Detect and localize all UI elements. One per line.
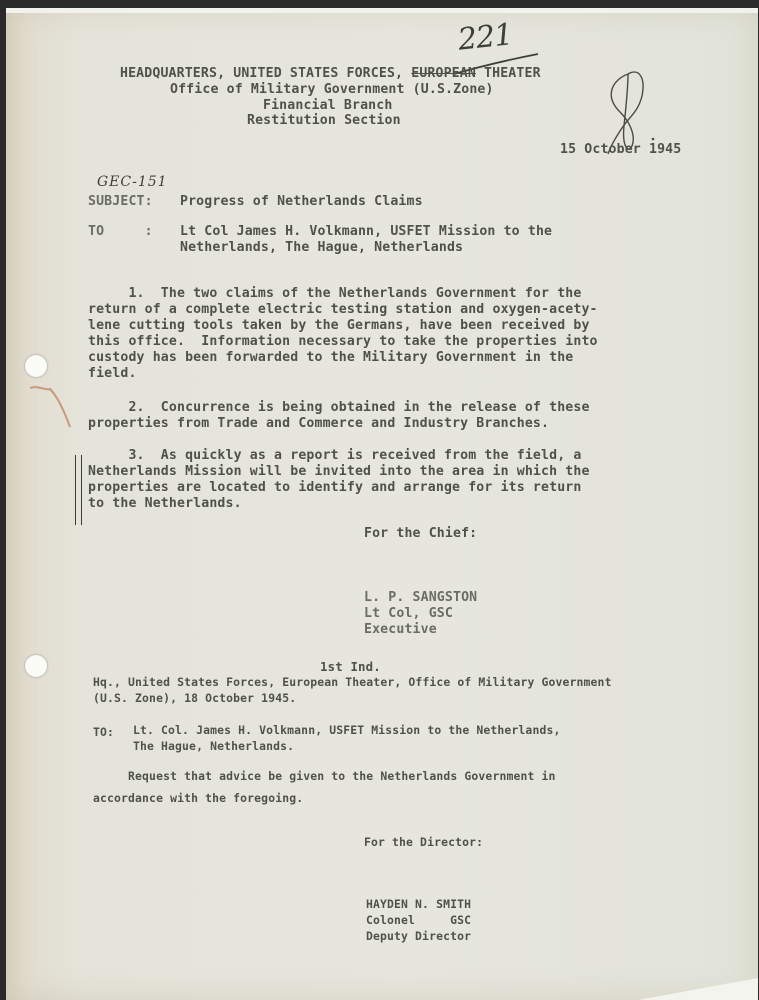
indorsement-body-line-2: accordance with the foregoing. xyxy=(93,790,303,807)
punch-hole-upper xyxy=(25,355,47,377)
indorsement-to-line-1: Lt. Col. James H. Volkmann, USFET Missio… xyxy=(133,722,560,739)
signatory-title: Executive xyxy=(364,622,437,639)
signatory-title: Deputy Director xyxy=(366,928,471,945)
document-date: 15 October 1945 xyxy=(560,142,681,159)
indorsement-body-line-1: Request that advice be given to the Neth… xyxy=(93,768,556,785)
punch-hole-lower xyxy=(25,655,47,677)
for-the-director: For the Director: xyxy=(364,834,483,851)
paragraph-line: field. xyxy=(88,366,137,383)
stain-mark xyxy=(28,385,68,425)
paragraph-line: custody has been forwarded to the Milita… xyxy=(88,350,573,367)
to-line-2: Netherlands, The Hague, Netherlands xyxy=(180,240,463,257)
indorsement-origin-line-2: (U.S. Zone), 18 October 1945. xyxy=(93,690,296,707)
handwritten-file-code: GEC-151 xyxy=(97,174,168,190)
paragraph-line: Netherlands Mission will be invited into… xyxy=(88,464,590,481)
letterhead-line-4: Restitution Section xyxy=(247,113,401,130)
subject-value: Progress of Netherlands Claims xyxy=(180,194,423,211)
paragraph-line: 1. The two claims of the Netherlands Gov… xyxy=(88,286,581,303)
to-line-1: Lt Col James H. Volkmann, USFET Mission … xyxy=(180,224,552,241)
indorsement-origin-line-1: Hq., United States Forces, European Thea… xyxy=(93,674,612,691)
to-label: TO : xyxy=(88,224,153,241)
paragraph-line: this office. Information necessary to ta… xyxy=(88,334,598,351)
indorsement-to-label: TO: xyxy=(93,724,114,741)
paragraph-line: 2. Concurrence is being obtained in the … xyxy=(88,400,590,417)
page-top-edge xyxy=(6,8,758,13)
paragraph-line: properties are located to identify and a… xyxy=(88,480,581,497)
struck-word: EUROPEAN xyxy=(411,66,476,81)
signatory-name: L. P. SANGSTON xyxy=(364,590,477,607)
signatory-rank: Lt Col, GSC xyxy=(364,606,453,623)
page-corner-fold xyxy=(638,978,758,1000)
letterhead-org: HEADQUARTERS, UNITED STATES FORCES, xyxy=(120,66,411,81)
paragraph-line: return of a complete electric testing st… xyxy=(88,302,598,319)
paragraph-line: lene cutting tools taken by the Germans,… xyxy=(88,318,590,335)
subject-label: SUBJECT: xyxy=(88,194,153,211)
for-the-chief: For the Chief: xyxy=(364,526,477,543)
margin-emphasis-mark xyxy=(75,455,82,525)
signatory-name: HAYDEN N. SMITH xyxy=(366,896,471,913)
letterhead-line-1: HEADQUARTERS, UNITED STATES FORCES, EURO… xyxy=(120,66,541,83)
paragraph-line: to the Netherlands. xyxy=(88,496,242,513)
paragraph-line: 3. As quickly as a report is received fr… xyxy=(88,448,581,465)
letterhead-line-2: Office of Military Government (U.S.Zone) xyxy=(170,82,494,99)
letterhead-theater: THEATER xyxy=(476,66,541,81)
indorsement-to-line-2: The Hague, Netherlands. xyxy=(133,738,294,755)
paragraph-line: properties from Trade and Commerce and I… xyxy=(88,416,549,433)
signatory-rank: Colonel GSC xyxy=(366,912,471,929)
